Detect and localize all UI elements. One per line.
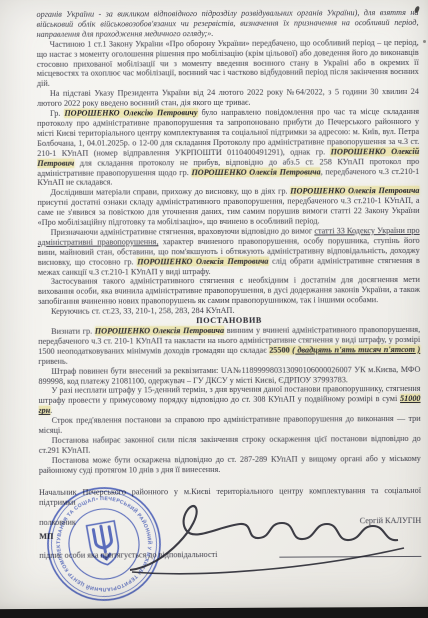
- document-text: органів України - за викликом відповідно…: [36, 8, 421, 561]
- document-paragraphs: органів України - за викликом відповідно…: [36, 8, 420, 476]
- para-nonpayment: У разі несплати штрафу у 15-денний термі…: [38, 384, 420, 416]
- signature: [116, 496, 418, 576]
- para-enforcement-term: Строк пред'явлення постанови за справою …: [39, 414, 421, 436]
- para-legal-force: Постанова набирає законної сили після за…: [39, 434, 421, 456]
- para-justification: Застосування такого адміністративного ст…: [38, 275, 420, 307]
- document-photo: органів України - за викликом відповідно…: [0, 0, 428, 618]
- para-special-period: Частиною 1 ст.1 Закону України «Про обор…: [37, 38, 419, 90]
- para-findings: Дослідивши матеріали справи, прихожу до …: [37, 186, 419, 228]
- para-statute-quote: органів України - за викликом відповідно…: [36, 8, 418, 40]
- para-payment-details: Штраф повинен бути внесений за реквізита…: [38, 365, 420, 387]
- para-notification: Гр. ПОРОШЕНКО Олексію Петровичу було нап…: [37, 107, 419, 188]
- para-verdict: Визнати гр. ПОРОШЕНКО Олексія Петровича …: [38, 325, 420, 367]
- para-martial-law: На підставі Указу Президента України від…: [37, 87, 419, 109]
- paper-speck: [423, 40, 426, 43]
- para-appeal: Постанова може бути оскаржена відповідно…: [39, 454, 421, 476]
- para-penalty-selection: Призначаючи адміністративне стягнення, в…: [38, 226, 420, 278]
